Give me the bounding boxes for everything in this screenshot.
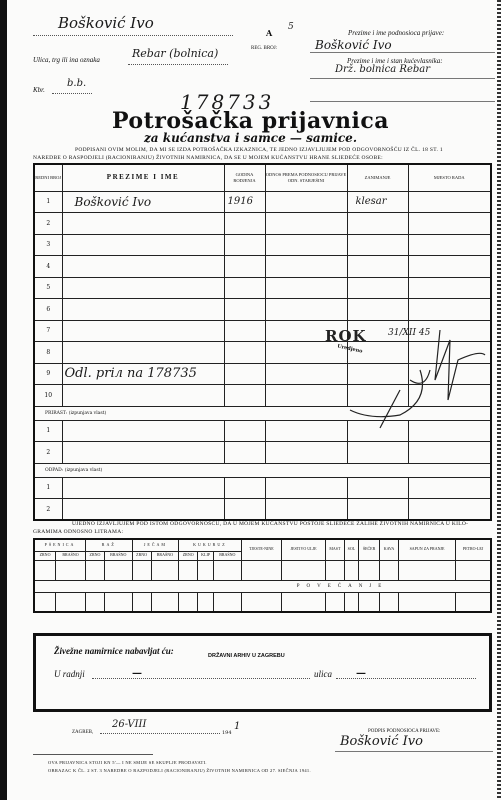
table-row: 4 — [34, 256, 491, 278]
reg-prefix: A — [266, 28, 272, 38]
member-relation[interactable] — [265, 213, 347, 235]
member-occupation[interactable] — [347, 256, 408, 278]
member-name[interactable] — [62, 442, 224, 464]
stock-cell[interactable] — [241, 592, 282, 612]
member-occupation[interactable] — [347, 299, 408, 321]
stock-cell[interactable] — [456, 592, 491, 612]
row-number: 4 — [34, 256, 62, 278]
page-subtitle: za kućanstva i samce — samice. — [0, 131, 501, 145]
document-page: Bošković Ivo Ulica, trg ili ina oznaka R… — [0, 0, 501, 800]
header-psenica: PŠENICA — [34, 539, 85, 551]
header-petrolej: PETRO-LEJ — [456, 539, 491, 560]
row-number: 8 — [34, 342, 62, 364]
stock-row — [34, 592, 491, 612]
shop-field[interactable]: — — [92, 668, 310, 679]
member-relation[interactable] — [265, 234, 347, 256]
member-relation[interactable] — [265, 477, 347, 499]
stock-cell[interactable] — [151, 592, 179, 612]
stock-cell[interactable] — [34, 560, 56, 580]
row-number: 5 — [34, 277, 62, 299]
sub-zrno: ZRNO — [85, 551, 104, 560]
signature-field[interactable]: Bošković Ivo — [335, 734, 493, 752]
blank-line — [310, 87, 495, 102]
header-sol: SOL — [345, 539, 359, 560]
member-name[interactable] — [62, 320, 224, 342]
table-row: 2 — [34, 442, 491, 464]
member-relation[interactable] — [265, 299, 347, 321]
member-name[interactable] — [62, 477, 224, 499]
row-number: 6 — [34, 299, 62, 321]
member-name[interactable]: Bošković Ivo — [62, 191, 224, 213]
stock-cell[interactable] — [380, 560, 398, 580]
member-occupation[interactable] — [347, 477, 408, 499]
member-birth-year[interactable] — [224, 499, 265, 521]
row-number: 3 — [34, 234, 62, 256]
member-occupation[interactable] — [347, 213, 408, 235]
member-birth-year[interactable] — [224, 363, 265, 385]
stock-cell[interactable] — [198, 592, 214, 612]
stock-cell[interactable] — [151, 560, 179, 580]
row-number: 2 — [34, 442, 62, 464]
member-relation[interactable] — [265, 420, 347, 442]
shop-label: U radnji — [54, 669, 85, 679]
header-odnos: ODNOS PREMA PODNOSIOCU PRIJAVE ODN. STAR… — [265, 164, 347, 191]
header-redni-broj: REDNI BROJ — [34, 164, 62, 191]
stock-cell[interactable] — [456, 560, 491, 580]
sub-zrno: ZRNO — [179, 551, 198, 560]
member-relation[interactable] — [265, 191, 347, 213]
stock-cell[interactable] — [398, 560, 455, 580]
stock-cell[interactable] — [380, 592, 398, 612]
declaration-line-1: PODPISANI OVIM MOLIM, DA MI SE IZDA POTR… — [75, 147, 443, 153]
applicant-label: Prezime i ime podnosioca prijave: — [348, 29, 444, 37]
stock-cell[interactable] — [105, 560, 133, 580]
header-tjestenine: TJESTE-NINE — [241, 539, 282, 560]
header-raz: RAŽ — [85, 539, 132, 551]
member-name[interactable] — [62, 213, 224, 235]
stock-row — [34, 560, 491, 580]
member-workplace[interactable] — [408, 234, 491, 256]
stock-cell[interactable] — [358, 592, 380, 612]
street-value: Rebar (bolnica) — [128, 47, 228, 65]
sub-zrno: ZRNO — [34, 551, 56, 560]
member-birth-year[interactable] — [224, 420, 265, 442]
header-name: Bošković Ivo — [33, 14, 233, 36]
header-ulje: JESTIVO ULJE — [282, 539, 325, 560]
stock-cell[interactable] — [132, 560, 151, 580]
header-kava: KAVA — [380, 539, 398, 560]
sub-brasno: BRAŠNO — [56, 551, 86, 560]
sub-zrno: ZRNO — [132, 551, 151, 560]
member-occupation[interactable] — [347, 442, 408, 464]
sub-brasno: BRAŠNO — [105, 551, 133, 560]
stock-cell[interactable] — [241, 560, 282, 580]
member-birth-year[interactable] — [224, 213, 265, 235]
povecanje-label: POVEĆANJE — [34, 580, 491, 592]
signature-scribble-icon — [340, 320, 490, 430]
stock-cell[interactable] — [214, 592, 242, 612]
member-name[interactable] — [62, 299, 224, 321]
member-workplace[interactable] — [408, 191, 491, 213]
stock-cell[interactable] — [358, 560, 380, 580]
row-number: 2 — [34, 213, 62, 235]
applicant-value: Bošković Ivo — [310, 38, 495, 53]
stock-cell[interactable] — [282, 560, 325, 580]
row-number: 7 — [34, 320, 62, 342]
header-godina: GODINA RODJENJA — [224, 164, 265, 191]
reg-label: REG. BROJ: — [251, 46, 277, 51]
owner-value: Drž. bolnica Rebar — [310, 64, 495, 79]
member-relation[interactable] — [265, 442, 347, 464]
header-kukuruz: KUKURUZ — [179, 539, 241, 551]
member-name[interactable] — [62, 342, 224, 364]
member-birth-year[interactable]: 1916 — [224, 191, 265, 213]
row-number: 1 — [34, 191, 62, 213]
member-relation[interactable] — [265, 256, 347, 278]
archive-stamp: DRŽAVNI ARHIV U ZAGREBU — [208, 653, 285, 659]
declaration-line-2: NAREDBE O RASPODJELI (RACIONIRANJU) ŽIVO… — [33, 155, 383, 161]
supply-box: Živežne namirnice nabavljat ću: DRŽAVNI … — [33, 633, 492, 712]
table-row: 6 — [34, 299, 491, 321]
street-label: Ulica, trg ili ina oznaka — [33, 56, 100, 64]
stock-cell[interactable] — [325, 560, 344, 580]
stock-cell[interactable] — [345, 560, 359, 580]
stock-cell[interactable] — [56, 560, 86, 580]
reg-number-value: 5 — [288, 22, 294, 32]
member-workplace[interactable] — [408, 499, 491, 521]
row-number: 9 — [34, 363, 62, 385]
stock-cell[interactable] — [85, 560, 104, 580]
member-birth-year[interactable] — [224, 320, 265, 342]
header-prezime-ime: PREZIME I IME — [62, 164, 224, 191]
odpad-section-header: ODPAD: (izpunjava vlast) — [34, 463, 491, 477]
city-label: ZAGREB, — [72, 730, 93, 735]
member-occupation[interactable] — [347, 277, 408, 299]
stock-cell[interactable] — [282, 592, 325, 612]
povecanje-row: POVEĆANJE — [34, 580, 491, 592]
member-workplace[interactable] — [408, 213, 491, 235]
member-name[interactable] — [62, 234, 224, 256]
member-workplace[interactable] — [408, 442, 491, 464]
member-workplace[interactable] — [408, 299, 491, 321]
row-number: 2 — [34, 499, 62, 521]
member-occupation[interactable] — [347, 234, 408, 256]
member-relation[interactable] — [265, 277, 347, 299]
member-name[interactable] — [62, 499, 224, 521]
member-name[interactable] — [62, 385, 224, 407]
header-mjesto-rada: MJESTO RADA — [408, 164, 491, 191]
member-birth-year[interactable] — [224, 385, 265, 407]
row-number: 1 — [34, 477, 62, 499]
odpad-label: ODPAD: (izpunjava vlast) — [34, 463, 491, 477]
house-number-label: Kbr. — [33, 86, 45, 94]
stock-cell[interactable] — [132, 592, 151, 612]
footer-note-1: OVA PRIJAVNICA STOJI KN 5'— I NE SMIJE S… — [48, 760, 207, 765]
year-prefix: 194 — [222, 730, 232, 736]
supply-street-label: ulica — [314, 669, 332, 679]
member-birth-year[interactable] — [224, 234, 265, 256]
member-birth-year[interactable] — [224, 342, 265, 364]
food-stock-table: PŠENICA RAŽ JEČAM KUKURUZ TJESTE-NINE JE… — [33, 538, 492, 613]
date-field[interactable]: 26-VIII — [100, 719, 220, 734]
header-sapun: SAPUN ZA PRANJE — [398, 539, 455, 560]
table-row: 1 Bošković Ivo 1916 klesar — [34, 191, 491, 213]
stock-cell[interactable] — [198, 560, 214, 580]
table-row: 3 — [34, 234, 491, 256]
member-relation[interactable] — [265, 363, 347, 385]
member-name[interactable] — [62, 277, 224, 299]
stock-cell[interactable] — [34, 592, 56, 612]
member-birth-year[interactable] — [224, 277, 265, 299]
sub-brasno: BRAŠNO — [214, 551, 242, 560]
member-birth-year[interactable] — [224, 299, 265, 321]
row-number: 10 — [34, 385, 62, 407]
row-number: 1 — [34, 420, 62, 442]
member-workplace[interactable] — [408, 277, 491, 299]
member-occupation[interactable]: klesar — [347, 191, 408, 213]
stock-cell[interactable] — [179, 592, 198, 612]
header-mast: MAST — [325, 539, 344, 560]
header-jecam: JEČAM — [132, 539, 179, 551]
member-birth-year[interactable] — [224, 442, 265, 464]
member-workplace[interactable] — [408, 256, 491, 278]
table-row: 2 — [34, 499, 491, 521]
stock-cell[interactable] — [398, 592, 455, 612]
sub-brasno: BRAŠNO — [151, 551, 179, 560]
table-row: 2 — [34, 213, 491, 235]
header-secer: ŠEĆER — [358, 539, 380, 560]
member-occupation[interactable] — [347, 499, 408, 521]
stock-intro-line-1: UJEDNO IZJAVLJUJEM POD ISTOM ODGOVORNOŠĆ… — [72, 521, 468, 527]
stock-cell[interactable] — [214, 560, 242, 580]
stock-cell[interactable] — [105, 592, 133, 612]
sub-klip: KLIP — [198, 551, 214, 560]
member-name[interactable] — [62, 420, 224, 442]
member-birth-year[interactable] — [224, 256, 265, 278]
footer-divider — [33, 754, 153, 755]
member-name[interactable] — [62, 256, 224, 278]
stock-cell[interactable] — [179, 560, 198, 580]
member-birth-year[interactable] — [224, 477, 265, 499]
table-row: 1 — [34, 477, 491, 499]
header-zanimanje: ZANIMANJE — [347, 164, 408, 191]
stock-intro-line-2: GRAMIMA ODNOSNO LITRAMA: — [33, 529, 123, 535]
table-row: 5 — [34, 277, 491, 299]
supply-label: Živežne namirnice nabavljat ću: — [54, 646, 174, 656]
supply-street-field[interactable]: — — [336, 668, 476, 679]
stock-cell[interactable] — [56, 592, 86, 612]
house-number-value: b.b. — [52, 78, 92, 94]
stock-cell[interactable] — [85, 592, 104, 612]
member-workplace[interactable] — [408, 477, 491, 499]
stock-cell[interactable] — [345, 592, 359, 612]
member-name[interactable]: Odl. priл na 178735 — [62, 363, 224, 385]
member-relation[interactable] — [265, 499, 347, 521]
footer-note-2: OBRAZAC K ČL. 2 ST. 3 NAREDBE O RAZPODJE… — [48, 768, 311, 773]
member-relation[interactable] — [265, 385, 347, 407]
stock-cell[interactable] — [325, 592, 344, 612]
year-suffix: 1 — [234, 721, 240, 732]
